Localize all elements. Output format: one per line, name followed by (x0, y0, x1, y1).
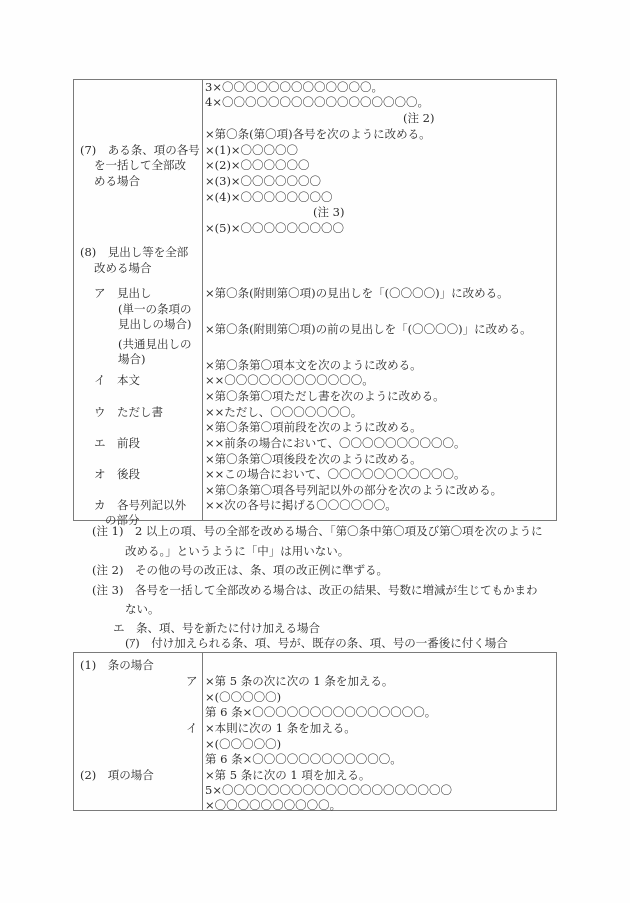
example-line: 4×〇〇〇〇〇〇〇〇〇〇〇〇〇〇〇〇〇。 (205, 95, 429, 110)
example-line: ×第〇条第〇項各号列記以外の部分を次のように改める。 (205, 483, 502, 498)
row-label: を一括して全部改 (94, 158, 186, 173)
row-label: 見出しの場合) (118, 317, 192, 332)
row-label: める場合 (94, 174, 140, 189)
example-line: ×第〇条(第〇項)各号を次のように改める。 (205, 127, 431, 142)
note-line: (ｱ) 付け加えられる条、項、号が、既存の条、項、号の一番後に付く場合 (125, 636, 508, 651)
example-line: ×第〇条第〇項後段を次のように改める。 (205, 452, 422, 467)
example-line: ××ただし、〇〇〇〇〇〇〇。 (205, 405, 362, 420)
example-line: (注 3) (313, 205, 344, 220)
row-label: 改める場合 (94, 261, 152, 276)
row-label: (単一の条項の (118, 302, 192, 317)
example-line: ×第〇条第〇項前段を次のように改める。 (205, 420, 422, 435)
row-label: ア 見出し (94, 286, 152, 301)
example-line: ×〇〇〇〇〇〇〇〇〇〇。 (205, 798, 341, 813)
example-line: ×(2)×〇〇〇〇〇〇 (205, 158, 310, 173)
example-line: ××次の各号に掲げる〇〇〇〇〇〇。 (205, 498, 397, 513)
example-line: ×(3)×〇〇〇〇〇〇〇 (205, 174, 321, 189)
example-line: ×第〇条第〇項ただし書を次のように改める。 (205, 389, 445, 404)
row-label: ウ ただし書 (94, 405, 163, 420)
row-label: イ 本文 (94, 373, 140, 388)
example-line: ××前条の場合において、〇〇〇〇〇〇〇〇〇〇。 (205, 436, 466, 451)
row-label: (8) 見出し等を全部 (80, 245, 188, 260)
column-divider (202, 80, 203, 520)
example-line: ×(5)×〇〇〇〇〇〇〇〇〇 (205, 221, 344, 236)
row-label: エ 前段 (94, 436, 140, 451)
column-divider (202, 653, 203, 810)
example-line: 3×〇〇〇〇〇〇〇〇〇〇〇〇〇。 (205, 80, 383, 95)
example-line: 5×〇〇〇〇〇〇〇〇〇〇〇〇〇〇〇〇〇〇〇〇 (205, 783, 452, 798)
note-line: (注 2) その他の号の改正は、条、項の改正例に準ずる。 (92, 563, 388, 578)
example-line: ××〇〇〇〇〇〇〇〇〇〇〇〇。 (205, 373, 374, 388)
example-line: 第 6 条×〇〇〇〇〇〇〇〇〇〇〇〇。 (205, 752, 402, 767)
example-line: ×第〇条第〇項本文を次のように改める。 (205, 358, 422, 373)
example-line: ×第 5 条の次に次の 1 条を加える。 (205, 674, 393, 689)
row-label: カ 各号列記以外 (94, 498, 186, 513)
example-line: ××この場合において、〇〇〇〇〇〇〇〇〇〇〇。 (205, 467, 466, 482)
example-line: ×本則に次の 1 条を加える。 (205, 721, 356, 736)
example-line: ×(1)×〇〇〇〇〇 (205, 143, 298, 158)
example-line: ×第 5 条に次の 1 項を加える。 (205, 768, 370, 783)
row-label: (7) ある条、項の各号 (80, 143, 200, 158)
example-line: ×第〇条(附則第〇項)の前の見出しを「(〇〇〇〇)」に改める。 (205, 322, 532, 337)
row-label: ア (186, 674, 198, 689)
example-line: ×第〇条(附則第〇項)の見出しを「(〇〇〇〇)」に改める。 (205, 286, 509, 301)
row-label: (共通見出しの (118, 337, 192, 352)
row-label: イ (186, 721, 198, 736)
note-line: 改める。」というように「中」は用いない。 (125, 544, 349, 559)
example-line: (注 2) (403, 111, 434, 126)
row-label: (2) 項の場合 (80, 768, 154, 783)
example-line: ×(4)×〇〇〇〇〇〇〇〇 (205, 190, 333, 205)
note-line: (注 3) 各号を一括して全部改める場合は、改正の結果、号数に増減が生じてもかま… (92, 583, 537, 598)
example-line: ×(〇〇〇〇〇) (205, 690, 281, 705)
example-line: ×(〇〇〇〇〇) (205, 737, 281, 752)
note-line: エ 条、項、号を新たに付け加える場合 (113, 621, 320, 636)
note-line: ない。 (125, 602, 160, 617)
row-label: 場合) (118, 352, 146, 367)
row-label: (1) 条の場合 (80, 658, 154, 673)
example-line: 第 6 条×〇〇〇〇〇〇〇〇〇〇〇〇〇〇〇。 (205, 705, 436, 720)
note-line: (注 1) 2 以上の項、号の全部を改める場合、「第〇条中第〇項及び第〇項を次の… (92, 524, 543, 539)
row-label: オ 後段 (94, 467, 140, 482)
